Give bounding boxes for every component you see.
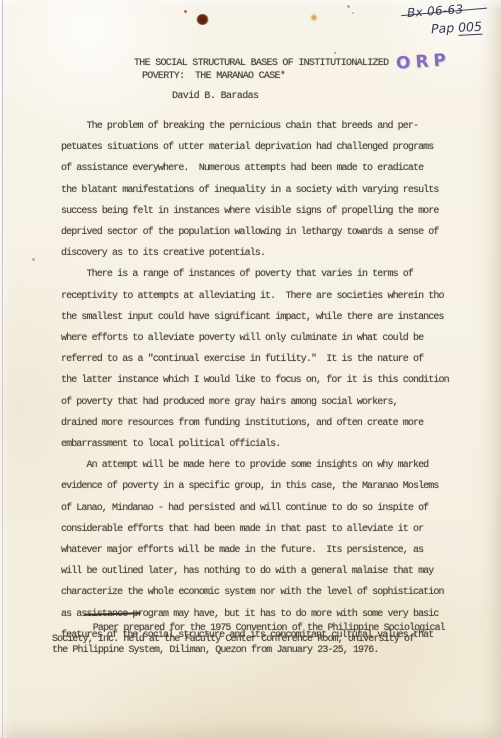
handwritten-box-code: Bx 06-63 [407, 2, 464, 20]
scanned-paper-page: Bx 06-63 Pap 005 ORP THE SOCIAL STRUCTUR… [0, 0, 501, 738]
title-speck [334, 52, 336, 54]
pink-speck [347, 5, 350, 8]
paragraph-1: The problem of breaking the pernicious c… [61, 116, 461, 264]
pap-code-number: 005 [458, 19, 483, 36]
paragraph-2: There is a range of instances of poverty… [61, 264, 461, 455]
ink-blot [196, 14, 209, 25]
handwritten-pap-code: Pap 005 [431, 19, 483, 37]
stain-speck [310, 13, 318, 22]
document-title-line1: THE SOCIAL STRUCTURAL BASES OF INSTITUTI… [134, 58, 388, 69]
paragraph-3: An attempt will be made here to provide … [61, 455, 461, 646]
scanner-edge-artifact [2, 0, 3, 738]
margin-speck [32, 258, 35, 261]
document-title-line2: POVERTY: THE MARANAO CASE* [142, 71, 285, 82]
orp-stamp: ORP [395, 50, 451, 74]
footnote-text: Paper prepared for the 1975 Convention o… [52, 623, 445, 656]
red-speck [184, 10, 187, 13]
pap-code-prefix: Pap [431, 20, 455, 36]
body-text-block: The problem of breaking the pernicious c… [61, 116, 461, 646]
author-byline: David B. Baradas [172, 91, 258, 102]
pink-speck-small [352, 12, 354, 14]
